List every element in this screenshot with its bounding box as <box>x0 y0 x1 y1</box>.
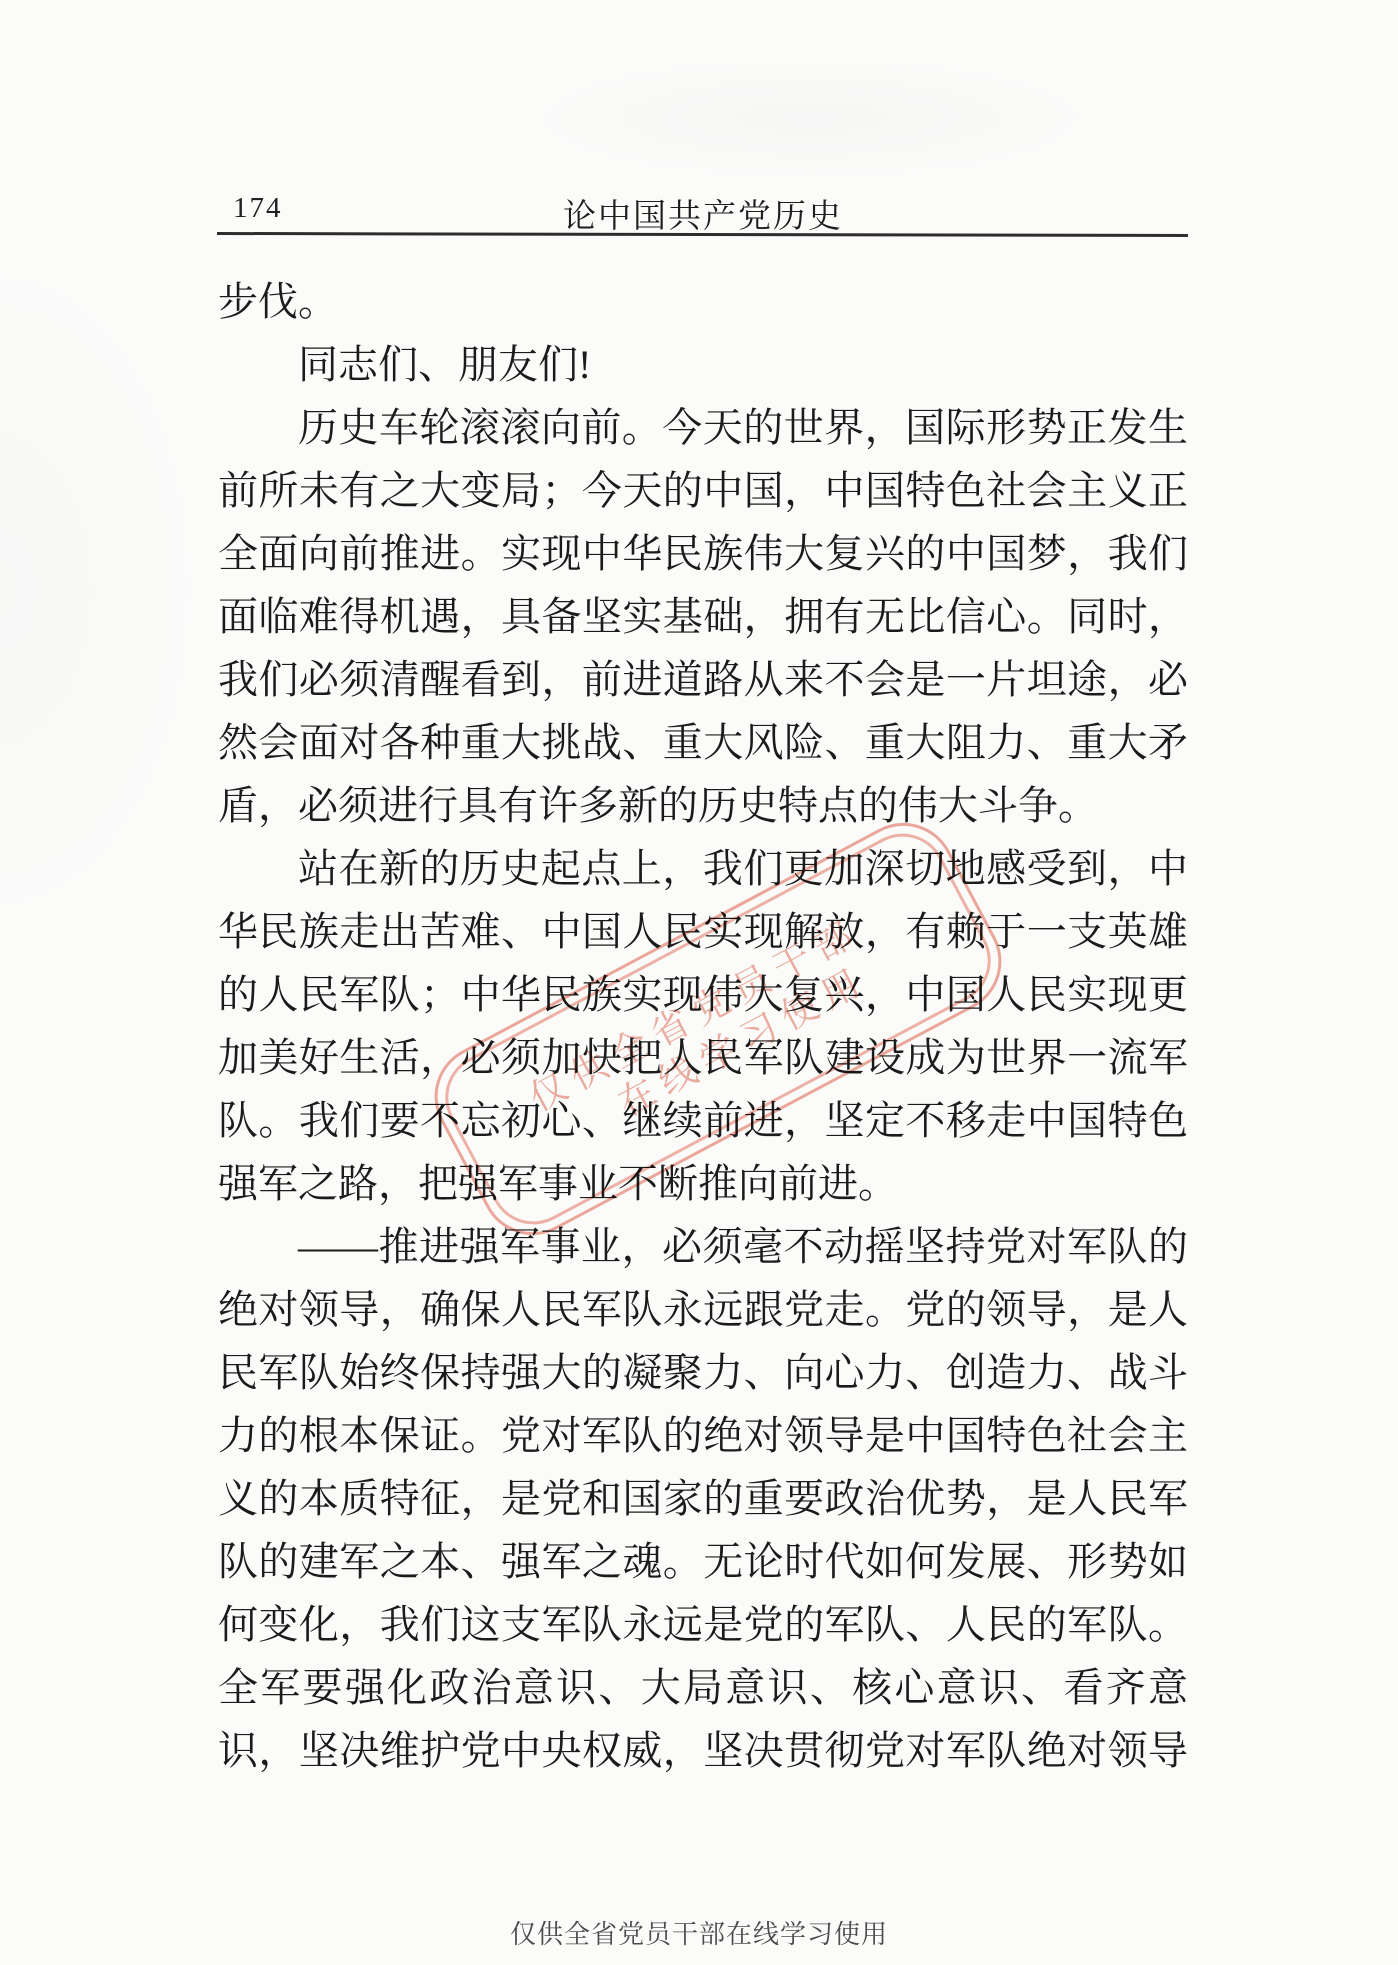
body-line-15: 强军之路，把强军事业不断推向前进。 <box>218 1152 1188 1215</box>
body-line-20: 义的本质特征，是党和国家的重要政治优势，是人民军 <box>218 1467 1188 1530</box>
body-line-9: 盾，必须进行具有许多新的历史特点的伟大斗争。 <box>218 774 1188 837</box>
running-head-title: 论中国共产党历史 <box>218 190 1188 237</box>
body-line-14: 队。我们要不忘初心、继续前进，坚定不移走中国特色 <box>218 1089 1188 1152</box>
body-line-11: 华民族走出苦难、中国人民实现解放，有赖于一支英雄 <box>218 900 1188 963</box>
body-line-21: 队的建军之本、强军之魂。无论时代如何发展、形势如 <box>218 1530 1188 1593</box>
body-line-7: 我们必须清醒看到，前进道路从来不会是一片坦途，必 <box>218 648 1188 711</box>
body-line-17: 绝对领导，确保人民军队永远跟党走。党的领导，是人 <box>218 1278 1188 1341</box>
body-line-23: 全军要强化政治意识、大局意识、核心意识、看齐意 <box>218 1656 1188 1719</box>
running-header: 174 论中国共产党历史 <box>218 190 1188 226</box>
body-line-24: 识，坚决维护党中央权威，坚决贯彻党对军队绝对领导 <box>218 1719 1188 1782</box>
body-line-19: 力的根本保证。党对军队的绝对领导是中国特色社会主 <box>218 1404 1188 1467</box>
body-line-18: 民军队始终保持强大的凝聚力、向心力、创造力、战斗 <box>218 1341 1188 1404</box>
body-line-8: 然会面对各种重大挑战、重大风险、重大阻力、重大矛 <box>218 711 1188 774</box>
footer-watermark-text: 仅供全省党员干部在线学习使用 <box>0 1914 1398 1951</box>
body-line-5: 全面向前推进。实现中华民族伟大复兴的中国梦，我们 <box>218 522 1188 585</box>
body-line-4: 前所未有之大变局；今天的中国，中国特色社会主义正 <box>218 459 1188 522</box>
body-line-10: 站在新的历史起点上，我们更加深切地感受到，中 <box>218 837 1188 900</box>
body-line-2: 同志们、朋友们! <box>218 333 1188 396</box>
body-text: 步伐。 同志们、朋友们! 历史车轮滚滚向前。今天的世界，国际形势正发生 前所未有… <box>218 270 1188 1782</box>
body-line-22: 何变化，我们这支军队永远是党的军队、人民的军队。 <box>218 1593 1188 1656</box>
body-line-6: 面临难得机遇，具备坚实基础，拥有无比信心。同时， <box>218 585 1188 648</box>
body-line-16: ——推进强军事业，必须毫不动摇坚持党对军队的 <box>218 1215 1188 1278</box>
body-line-1: 步伐。 <box>218 270 1188 333</box>
body-line-3: 历史车轮滚滚向前。今天的世界，国际形势正发生 <box>218 396 1188 459</box>
scanned-book-page: 174 论中国共产党历史 步伐。 同志们、朋友们! 历史车轮滚滚向前。今天的世界… <box>0 0 1398 1965</box>
body-line-13: 加美好生活，必须加快把人民军队建设成为世界一流军 <box>218 1026 1188 1089</box>
body-line-12: 的人民军队；中华民族实现伟大复兴，中国人民实现更 <box>218 963 1188 1026</box>
